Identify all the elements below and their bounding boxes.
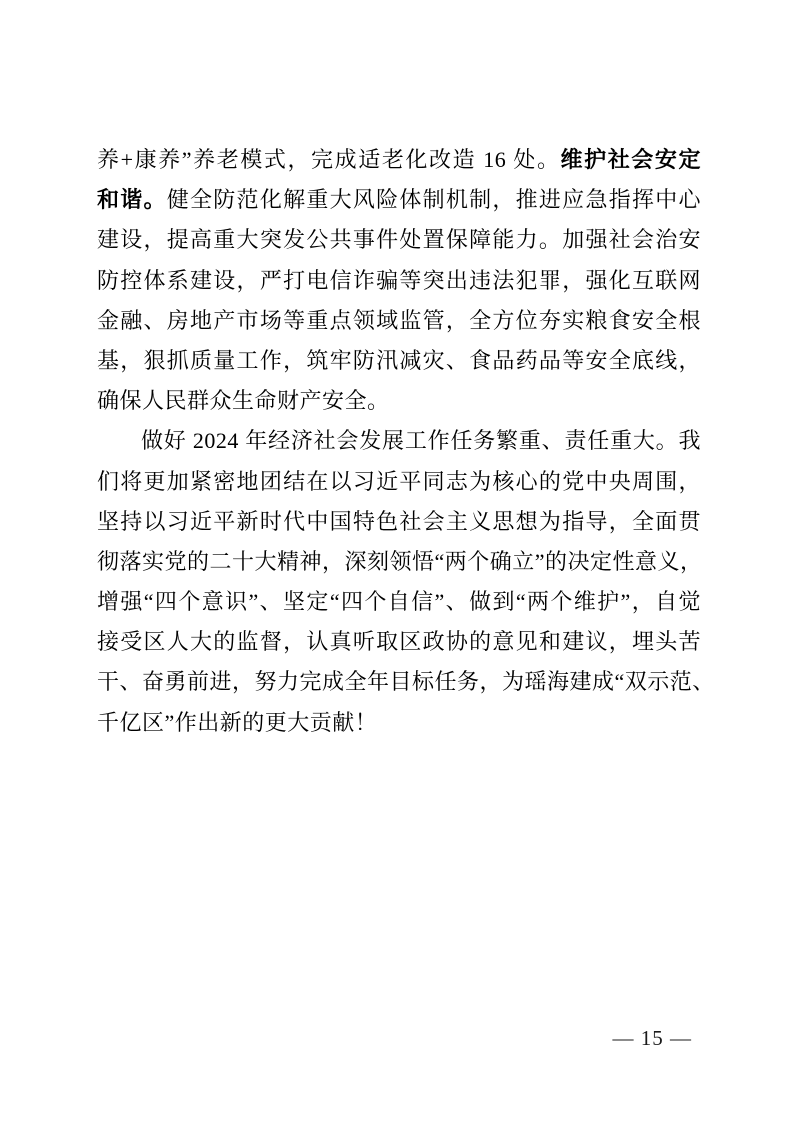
text-line: 建设，提高重大突发公共事件处置保障能力。加强社会治安 — [97, 220, 701, 260]
text-segment: 增强“四个意识”、坚定“四个自信”、做到“两个维护”，自觉 — [97, 589, 701, 614]
text-segment: 干、奋勇前进，努力完成全年目标任务，为瑶海建成“双示范、 — [97, 669, 715, 694]
text-line: 增强“四个意识”、坚定“四个自信”、做到“两个维护”，自觉 — [97, 582, 701, 622]
text-line: 们将更加紧密地团结在以习近平同志为核心的党中央周围， — [97, 462, 701, 502]
document-body: 养+康养”养老模式，完成适老化改造 16 处。维护社会安定和谐。健全防范化解重大… — [97, 140, 701, 743]
text-segment: 确保人民群众生命财产安全。 — [97, 388, 390, 413]
text-line: 基，狠抓质量工作，筑牢防汛减灾、食品药品等安全底线， — [97, 341, 701, 381]
text-line: 和谐。健全防范化解重大风险体制机制，推进应急指挥中心 — [97, 180, 701, 220]
text-segment: 防控体系建设，严打电信诈骗等突出违法犯罪，强化互联网 — [97, 268, 701, 293]
text-segment: 接受区人大的监督，认真听取区政协的意见和建议，埋头苦 — [97, 629, 701, 654]
text-line: 确保人民群众生命财产安全。 — [97, 381, 701, 421]
text-segment: 们将更加紧密地团结在以习近平同志为核心的党中央周围， — [97, 469, 701, 494]
text-line: 彻落实党的二十大精神，深刻领悟“两个确立”的决定性意义， — [97, 542, 701, 582]
text-line: 坚持以习近平新时代中国特色社会主义思想为指导，全面贯 — [97, 502, 701, 542]
text-segment: 金融、房地产市场等重点领域监管，全方位夯实粮食安全根 — [97, 308, 701, 333]
text-segment: 基，狠抓质量工作，筑牢防汛减灾、食品药品等安全底线， — [97, 348, 701, 373]
document-page: 养+康养”养老模式，完成适老化改造 16 处。维护社会安定和谐。健全防范化解重大… — [0, 0, 793, 1122]
text-line: 金融、房地产市场等重点领域监管，全方位夯实粮食安全根 — [97, 301, 701, 341]
text-segment: 健全防范化解重大风险体制机制，推进应急指挥中心 — [167, 187, 701, 212]
text-segment: 千亿区”作出新的更大贡献！ — [97, 710, 377, 735]
text-line: 防控体系建设，严打电信诈骗等突出违法犯罪，强化互联网 — [97, 261, 701, 301]
bold-emphasis: 和谐。 — [97, 187, 167, 212]
text-line: 千亿区”作出新的更大贡献！ — [97, 703, 701, 743]
text-line: 干、奋勇前进，努力完成全年目标任务，为瑶海建成“双示范、 — [97, 662, 701, 702]
page-number: — 15 — — [613, 1026, 693, 1050]
text-line: 养+康养”养老模式，完成适老化改造 16 处。维护社会安定 — [97, 140, 701, 180]
text-segment: 养+康养”养老模式，完成适老化改造 16 处。 — [97, 147, 561, 172]
text-line: 做好 2024 年经济社会发展工作任务繁重、责任重大。我 — [97, 421, 701, 461]
text-segment: 彻落实党的二十大精神，深刻领悟“两个确立”的决定性意义， — [97, 549, 703, 574]
text-segment: 做好 2024 年经济社会发展工作任务繁重、责任重大。我 — [141, 428, 701, 453]
text-segment: 建设，提高重大突发公共事件处置保障能力。加强社会治安 — [97, 227, 701, 252]
text-line: 接受区人大的监督，认真听取区政协的意见和建议，埋头苦 — [97, 622, 701, 662]
text-segment: 坚持以习近平新时代中国特色社会主义思想为指导，全面贯 — [97, 509, 701, 534]
bold-emphasis: 维护社会安定 — [561, 147, 701, 172]
